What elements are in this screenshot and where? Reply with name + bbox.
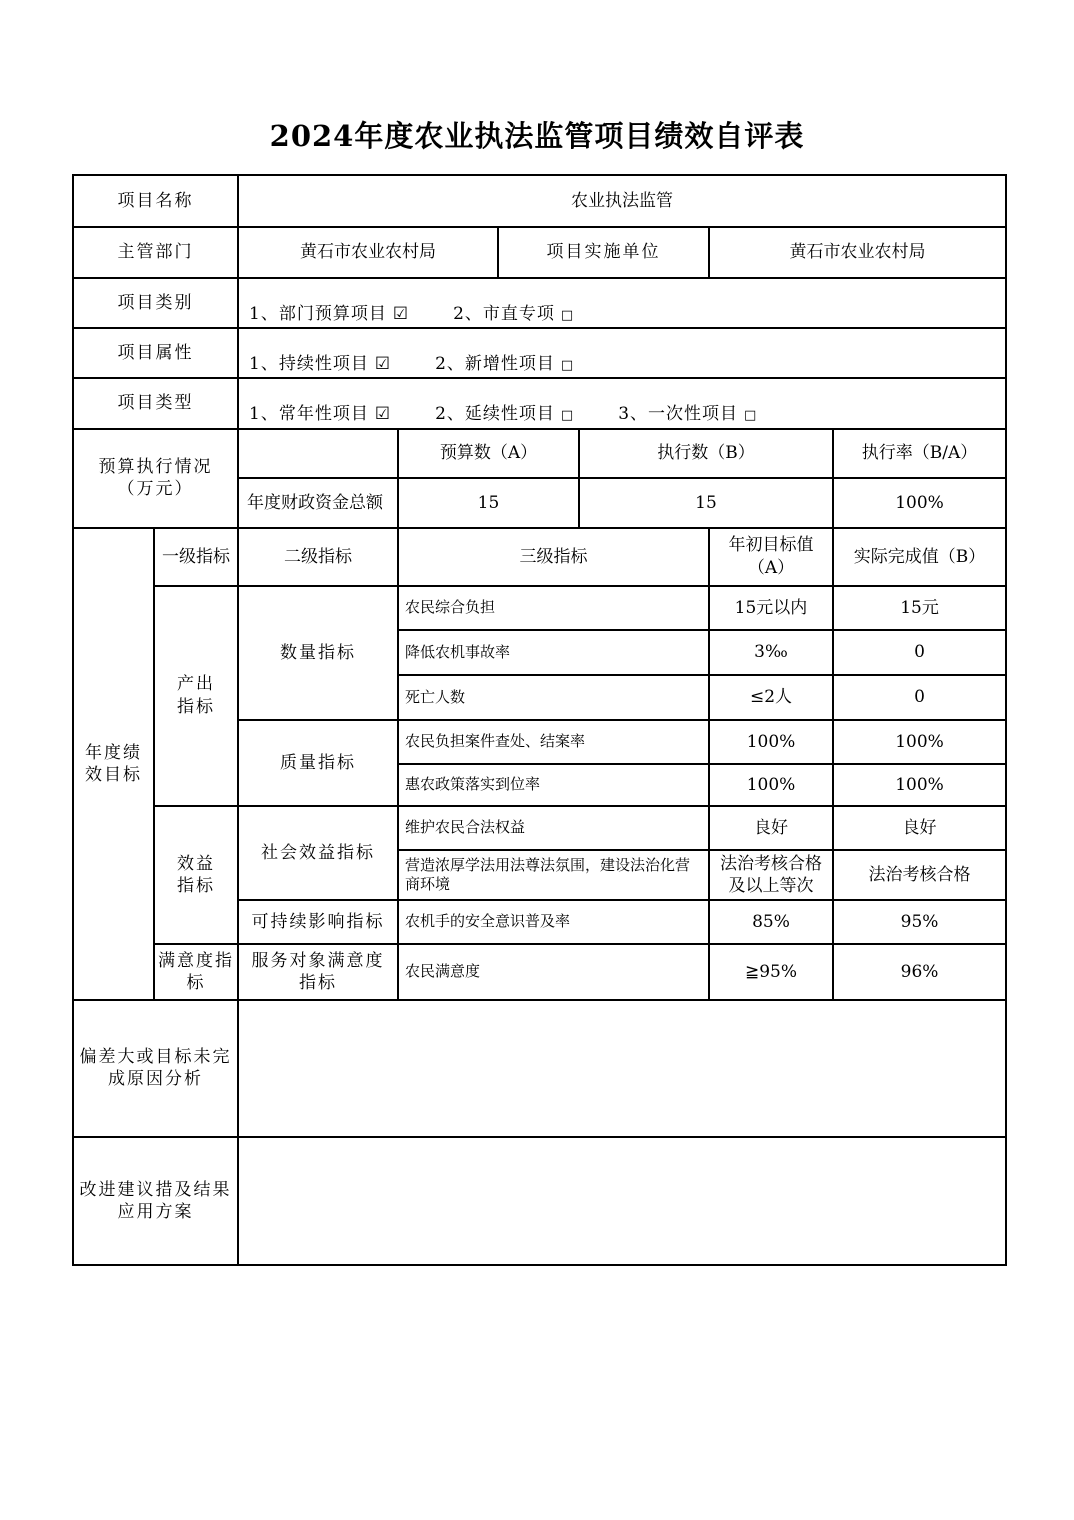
attribute-option: 2、新增性项目□ (435, 354, 574, 374)
indicator-cell: 农民满意度 (398, 944, 709, 1000)
indicator-cell: 惠农政策落实到位率 (398, 764, 709, 806)
target-cell: 15元以内 (709, 586, 833, 630)
header-target: 年初目标值 （A） (709, 528, 833, 586)
budget-col-rate: 执行率（B/A） (833, 429, 1006, 478)
performance-section-label: 年度绩效目标 (73, 528, 154, 1000)
document-page: 2024年度农业执法监管项目绩效自评表 项目名称 农业执法监管 主管部门 黄石市… (0, 0, 1074, 1520)
self-evaluation-table: 项目名称 农业执法监管 主管部门 黄石市农业农村局 项目实施单位 黄石市农业农村… (72, 174, 1007, 1266)
project-name-value: 农业执法监管 (238, 175, 1006, 227)
indicator-cell: 农机手的安全意识普及率 (398, 900, 709, 944)
type-option: 1、常年性项目☑ (249, 404, 391, 424)
actual-cell: 15元 (833, 586, 1006, 630)
dept-label: 主管部门 (73, 227, 238, 278)
actual-cell: 95% (833, 900, 1006, 944)
row-improvement-plan: 改进建议措及结果应用方案 (73, 1137, 1006, 1265)
row-project-type: 项目类型 1、常年性项目☑2、延续性项目□3、一次性项目□ (73, 378, 1006, 428)
level2-quantity: 数量指标 (238, 586, 398, 720)
actual-cell: 法治考核合格 (833, 850, 1006, 900)
row-indicator-headers: 年度绩效目标 一级指标 二级指标 三级指标 年初目标值 （A） 实际完成值（B） (73, 528, 1006, 586)
level2-sustainable: 可持续影响指标 (238, 900, 398, 944)
type-options: 1、常年性项目☑2、延续性项目□3、一次性项目□ (238, 378, 1006, 428)
actual-cell: 0 (833, 675, 1006, 720)
row-budget-header: 预算执行情况 （万元） 预算数（A） 执行数（B） 执行率（B/A） (73, 429, 1006, 478)
actual-cell: 良好 (833, 806, 1006, 850)
level2-service: 服务对象满意度指标 (238, 944, 398, 1000)
actual-cell: 0 (833, 630, 1006, 675)
indicator-row: 满意度指标 服务对象满意度指标 农民满意度 ≧95% 96% (73, 944, 1006, 1000)
header-actual: 实际完成值（B） (833, 528, 1006, 586)
header-level3: 三级指标 (398, 528, 709, 586)
header-level1: 一级指标 (154, 528, 238, 586)
category-label: 项目类别 (73, 278, 238, 328)
page-title: 2024年度农业执法监管项目绩效自评表 (0, 0, 1074, 155)
type-option: 3、一次性项目□ (618, 404, 757, 424)
row-project-name: 项目名称 农业执法监管 (73, 175, 1006, 227)
level1-satisfaction: 满意度指标 (154, 944, 238, 1000)
checkbox-unchecked-icon: □ (561, 308, 574, 323)
row-departments: 主管部门 黄石市农业农村局 项目实施单位 黄石市农业农村局 (73, 227, 1006, 278)
impl-unit-label: 项目实施单位 (498, 227, 709, 278)
checkbox-checked-icon: ☑ (393, 304, 409, 324)
deviation-content-cell (238, 1000, 1006, 1137)
deviation-label: 偏差大或目标未完成原因分析 (73, 1000, 238, 1137)
attribute-options: 1、持续性项目☑2、新增性项目□ (238, 328, 1006, 378)
target-cell: ≤2人 (709, 675, 833, 720)
indicator-cell: 维护农民合法权益 (398, 806, 709, 850)
row-project-category: 项目类别 1、部门预算项目☑2、市直专项□ (73, 278, 1006, 328)
budget-col-exec: 执行数（B） (579, 429, 833, 478)
target-cell: 100% (709, 764, 833, 806)
target-cell: 法治考核合格 及以上等次 (709, 850, 833, 900)
project-name-label: 项目名称 (73, 175, 238, 227)
budget-empty-cell (238, 429, 398, 478)
indicator-cell: 营造浓厚学法用法尊法氛围，建设法治化营商环境 (398, 850, 709, 900)
category-options: 1、部门预算项目☑2、市直专项□ (238, 278, 1006, 328)
target-cell: ≧95% (709, 944, 833, 1000)
level2-social: 社会效益指标 (238, 806, 398, 900)
category-option: 2、市直专项□ (453, 304, 574, 324)
level1-benefit: 效益 指标 (154, 806, 238, 944)
actual-cell: 96% (833, 944, 1006, 1000)
target-cell: 3‰ (709, 630, 833, 675)
target-cell: 100% (709, 720, 833, 764)
rate-value: 100% (833, 478, 1006, 528)
budget-section-label: 预算执行情况 （万元） (73, 429, 238, 528)
improvement-label: 改进建议措及结果应用方案 (73, 1137, 238, 1265)
type-option: 2、延续性项目□ (435, 404, 574, 424)
type-label: 项目类型 (73, 378, 238, 428)
level2-quality: 质量指标 (238, 720, 398, 806)
checkbox-unchecked-icon: □ (561, 408, 574, 423)
attribute-option: 1、持续性项目☑ (249, 354, 391, 374)
checkbox-checked-icon: ☑ (375, 354, 391, 374)
exec-value: 15 (579, 478, 833, 528)
row-deviation-analysis: 偏差大或目标未完成原因分析 (73, 1000, 1006, 1137)
impl-unit-value: 黄石市农业农村局 (709, 227, 1006, 278)
target-cell: 85% (709, 900, 833, 944)
improvement-content-cell (238, 1137, 1006, 1265)
budget-value: 15 (398, 478, 579, 528)
header-level2: 二级指标 (238, 528, 398, 586)
budget-col-budget: 预算数（A） (398, 429, 579, 478)
category-option: 1、部门预算项目☑ (249, 304, 409, 324)
indicator-row: 产出 指标 数量指标 农民综合负担 15元以内 15元 (73, 586, 1006, 630)
target-cell: 良好 (709, 806, 833, 850)
attribute-label: 项目属性 (73, 328, 238, 378)
dept-value: 黄石市农业农村局 (238, 227, 498, 278)
checkbox-checked-icon: ☑ (375, 404, 391, 424)
checkbox-unchecked-icon: □ (561, 358, 574, 373)
indicator-cell: 农民负担案件查处、结案率 (398, 720, 709, 764)
level1-output: 产出 指标 (154, 586, 238, 806)
indicator-cell: 死亡人数 (398, 675, 709, 720)
indicator-row: 效益 指标 社会效益指标 维护农民合法权益 良好 良好 (73, 806, 1006, 850)
indicator-cell: 降低农机事故率 (398, 630, 709, 675)
indicator-cell: 农民综合负担 (398, 586, 709, 630)
actual-cell: 100% (833, 764, 1006, 806)
checkbox-unchecked-icon: □ (744, 408, 757, 423)
actual-cell: 100% (833, 720, 1006, 764)
budget-row-label: 年度财政资金总额 (238, 478, 398, 528)
row-project-attribute: 项目属性 1、持续性项目☑2、新增性项目□ (73, 328, 1006, 378)
